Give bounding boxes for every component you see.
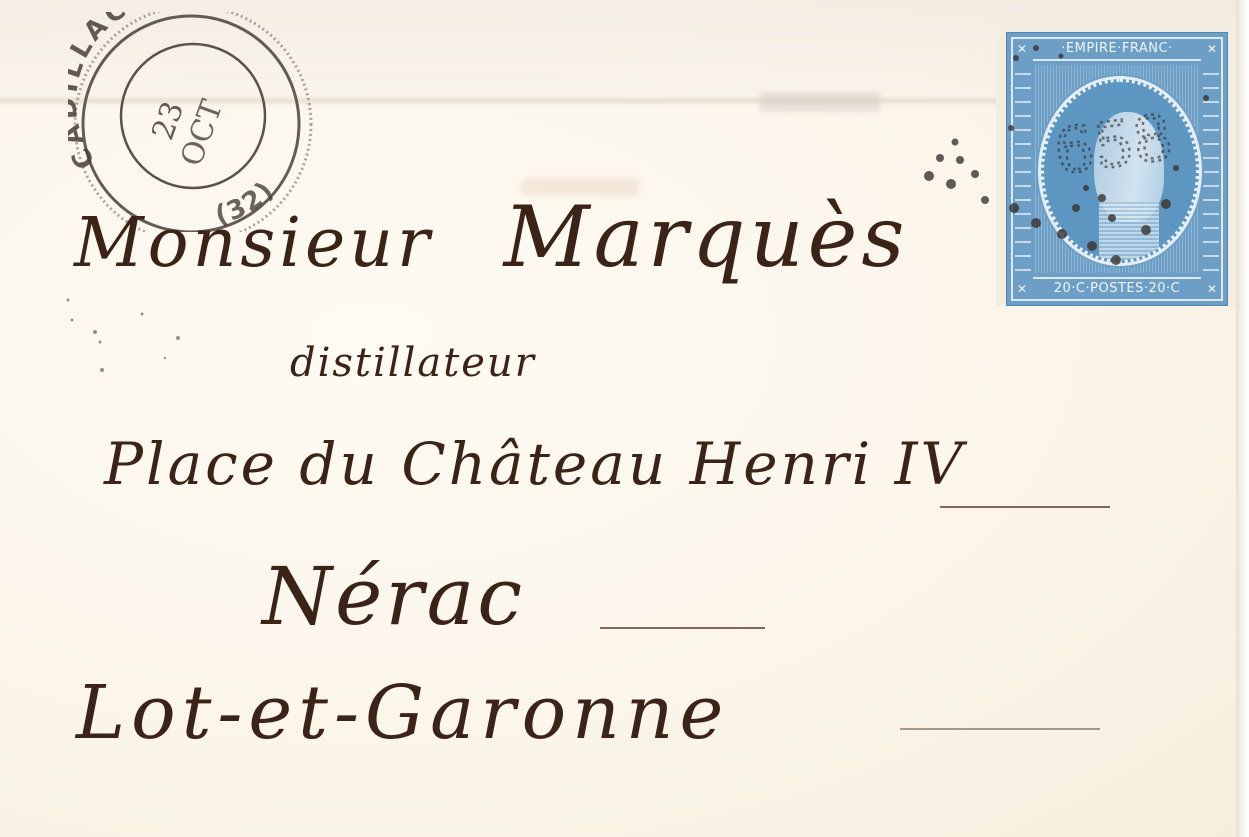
envelope-front: CADILLAC (32) 23 OCT ·EMPIRE·FRANC· 20·C… — [0, 0, 1240, 837]
recipient-occupation: distillateur — [290, 340, 536, 386]
town: Nérac — [262, 550, 525, 643]
paper-stain — [760, 92, 880, 112]
street-underline — [940, 506, 1110, 508]
salutation: Monsieur — [74, 204, 434, 283]
cancel-overflow-dots-icon — [915, 130, 1005, 270]
paper-speckles — [60, 280, 210, 400]
postage-stamp-20c: ·EMPIRE·FRANC· 20·C·POSTES·20·C ✕ ✕ ✕ ✕ — [996, 18, 1236, 306]
department: Lot-et-Garonne — [76, 670, 729, 756]
numeral-cancel-icon: 658 — [996, 18, 1236, 306]
envelope-right-edge — [1236, 0, 1249, 837]
town-underline — [600, 627, 765, 629]
svg-text:658: 658 — [1050, 100, 1177, 189]
department-underline — [900, 728, 1100, 730]
street-address: Place du Château Henri IV — [104, 430, 965, 498]
recipient-name: Marquès — [504, 188, 909, 286]
address-salutation-line: MonsieurMarquès — [74, 188, 909, 286]
